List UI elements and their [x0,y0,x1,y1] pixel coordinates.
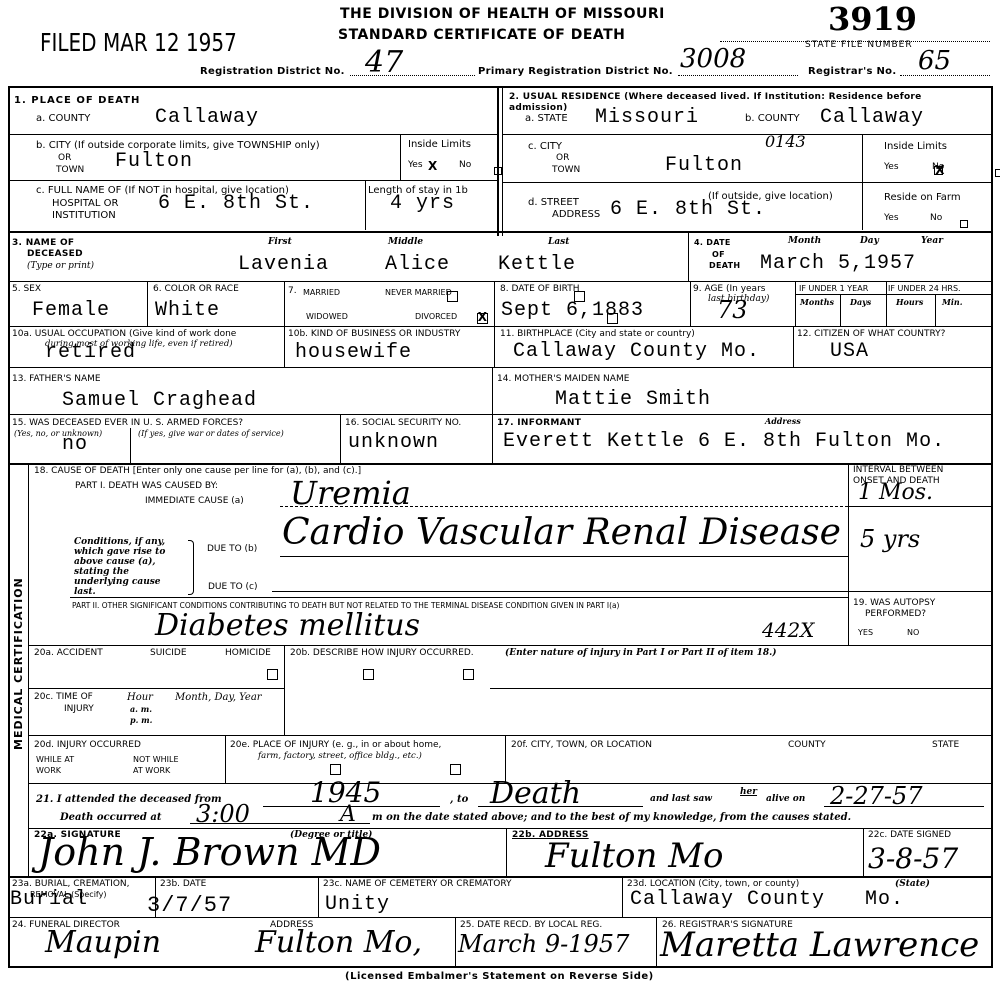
hour-label: Hour [127,692,153,703]
armed-forces-sub2: (If yes, give war or dates of service) [138,429,284,438]
injury-county-label: COUNTY [788,740,826,750]
citizen-label: 12. CITIZEN OF WHAT COUNTRY? [797,329,945,339]
res-inside-limits-label: Inside Limits [884,141,947,152]
autopsy-label-2: PERFORMED? [865,609,926,619]
interval-a-value[interactable]: 1 Mos. [858,480,933,505]
res-city-value[interactable]: Fulton [665,154,743,177]
middle-name-label: Middle [388,237,423,247]
pod-inside-yes-label: Yes [408,160,423,170]
armed-forces-label: 15. WAS DECEASED EVER IN U. S. ARMED FOR… [12,418,243,428]
state-file-number-label: STATE FILE NUMBER [805,40,913,50]
not-while-at-work-label: NOT WHILE [133,755,179,764]
registration-district-value: 47 [365,45,403,80]
injury-city-label: 20f. CITY, TOWN, OR LOCATION [511,740,652,750]
interval-b-value[interactable]: 5 yrs [860,525,920,553]
sex-label: 5. SEX [12,284,41,294]
father-value[interactable]: Samuel Craghead [62,389,257,412]
res-city-code: 0143 [765,132,806,151]
date-recd-value[interactable]: March 9-1957 [458,930,629,958]
while-at-work-label: WHILE AT [36,755,74,764]
pod-hospital-value[interactable]: 6 E. 8th St. [158,192,314,215]
pod-hospital-label-3: INSTITUTION [52,210,116,221]
attended-to-value[interactable]: Death [490,776,581,811]
res-inside-no-label: No [932,162,944,172]
mother-label: 14. MOTHER'S MAIDEN NAME [497,374,629,384]
sex-value[interactable]: Female [32,299,110,322]
res-state-value[interactable]: Missouri [595,106,699,129]
funeral-director-value[interactable]: Maupin [45,925,161,960]
last-name-value[interactable]: Kettle [498,253,576,276]
accident-checkbox[interactable] [267,669,278,680]
not-while-at-work-checkbox[interactable] [450,764,461,775]
deceased-name-label: 3. NAME OF [12,238,74,248]
injury-describe-label: 20b. DESCRIBE HOW INJURY OCCURRED. [290,648,474,658]
cemetery-label: 23c. NAME OF CEMETERY OR CREMATORY [323,879,512,889]
res-state-label: a. STATE [525,113,568,124]
date-signed-value[interactable]: 3-8-57 [868,842,958,875]
state-file-number: 3919 [828,0,917,38]
suicide-label: SUICIDE [150,648,187,658]
homicide-label: HOMICIDE [225,648,271,658]
months-label: Months [800,297,834,307]
certificate-title: STANDARD CERTIFICATE OF DEATH [338,27,625,43]
married-label: MARRIED [303,288,340,297]
registrar-no-label: Registrar's No. [808,66,896,77]
citizen-value[interactable]: USA [830,340,869,363]
certificate-authority: THE DIVISION OF HEALTH OF MISSOURI [340,6,665,22]
date-of-death-label: 4. DATE [694,238,731,247]
burial-date-label: 23b. DATE [160,879,206,889]
death-ampm-value[interactable]: A [340,802,356,827]
race-value[interactable]: White [155,299,220,322]
injury-occurred-label: 20d. INJURY OCCURRED [34,740,141,750]
place-injury-label-2: farm, factory, street, office bldg., etc… [258,751,422,761]
time-injury-label-2: INJURY [64,704,94,714]
pm-label: p. m. [130,715,152,725]
filed-stamp: FILED MAR 12 1957 [40,28,237,57]
armed-forces-value[interactable]: no [62,433,88,456]
pod-county-value[interactable]: Callaway [155,106,259,129]
funeral-address-value[interactable]: Fulton Mo, [255,925,422,960]
widowed-label: WIDOWED [306,312,348,321]
burial-date-value[interactable]: 3/7/57 [147,893,232,918]
under-24-hrs-label: IF UNDER 24 HRS. [888,284,961,293]
autopsy-no-label: NO [907,628,919,637]
widowed-checkbox[interactable] [477,313,488,324]
not-while-at-work-label-2: AT WORK [133,766,170,775]
deceased-name-label-2: DECEASED [27,249,83,259]
dod-day-label: Day [860,236,879,246]
mdy-label: Month, Day, Year [175,692,262,703]
place-of-death-label: 1. PLACE OF DEATH [14,95,140,106]
injury-describe-hint: (Enter nature of injury in Part I or Par… [505,648,777,658]
divorced-label: DIVORCED [415,312,457,321]
conditions-note: Conditions, if any, which gave rise to a… [74,537,184,597]
age-label: 9. AGE (In years [693,284,765,294]
res-city-or: OR [556,153,569,163]
medical-certification-label: MEDICAL CERTIFICATION [12,577,25,750]
first-name-value[interactable]: Lavenia [238,253,329,276]
min-label: Min. [942,297,963,307]
length-of-stay-value[interactable]: 4 yrs [390,192,455,215]
never-married-label: NEVER MARRIED [385,288,452,297]
business-label: 10b. KIND OF BUSINESS OR INDUSTRY [288,329,460,339]
under-1-year-label: IF UNDER 1 YEAR [799,284,868,293]
farm-yes-checkbox[interactable] [960,220,968,228]
date-of-death-value[interactable]: March 5,1957 [760,252,916,275]
pod-county-label: a. COUNTY [36,113,90,124]
ssn-label: 16. SOCIAL SECURITY NO. [345,418,461,428]
last-name-label: Last [548,237,569,247]
pod-city-or: OR [58,153,71,163]
birthplace-label: 11. BIRTHPLACE (City and state or countr… [500,329,695,339]
date-of-death-label-2: OF [712,250,725,259]
date-of-death-label-3: DEATH [709,261,740,270]
hours-label: Hours [896,297,923,307]
dob-value[interactable]: Sept 6,1883 [501,299,644,322]
deceased-name-label-3: (Type or print) [27,261,94,271]
location-state-value[interactable]: Mo. [865,888,904,911]
dod-year-label: Year [921,236,943,246]
attended-label: 21. I attended the deceased from [36,794,222,805]
autopsy-yes-label: YES [858,628,873,637]
accident-label: 20a. ACCIDENT [34,648,103,658]
location-value[interactable]: Callaway County [630,888,825,911]
farm-label: Reside on Farm [884,192,961,203]
immediate-cause-label: IMMEDIATE CAUSE (a) [145,496,244,506]
middle-name-value[interactable]: Alice [385,253,450,276]
burial-value[interactable]: Burial [10,888,88,911]
res-inside-yes-label: Yes [884,162,899,172]
informant-label: 17. INFORMANT [497,418,581,428]
pod-city-town: TOWN [56,165,84,175]
autopsy-label: 19. WAS AUTOPSY [853,598,935,608]
last-saw-pronoun[interactable]: her [740,787,757,797]
race-label: 6. COLOR OR RACE [153,284,239,294]
occupation-label: 10a. USUAL OCCUPATION (Give kind of work… [12,329,236,339]
informant-address-label: Address [765,416,801,426]
ssn-value[interactable]: unknown [348,431,439,454]
date-signed-label: 22c. DATE SIGNED [868,830,951,840]
mother-value[interactable]: Mattie Smith [555,388,711,411]
registrar-signature[interactable]: Maretta Lawrence [660,925,979,965]
death-statement: m on the date stated above; and to the b… [372,812,851,823]
homicide-checkbox[interactable] [463,669,474,680]
part2-value[interactable]: Diabetes mellitus [155,608,420,643]
dod-month-label: Month [788,236,821,246]
registration-district-label: Registration District No. [200,66,345,77]
res-inside-no-checkbox[interactable] [995,169,1000,177]
primary-registration-district-label: Primary Registration District No. [478,66,673,77]
pod-inside-limits-label: Inside Limits [408,139,471,150]
attended-to-label: , to [450,794,468,805]
physician-address-value[interactable]: Fulton Mo [545,836,723,876]
res-city-label: c. CITY [528,141,562,152]
first-name-label: First [268,237,292,247]
res-street-value[interactable]: 6 E. 8th St. [610,198,766,221]
registrar-no-value: 65 [918,46,951,76]
armed-forces-sub1: (Yes, no, or unknown) [14,429,102,438]
res-county-label: b. COUNTY [745,113,800,124]
due-to-b-value[interactable]: Cardio Vascular Renal Disease [282,512,841,553]
days-label: Days [850,297,871,307]
while-at-work-checkbox[interactable] [330,764,341,775]
place-injury-label: 20e. PLACE OF INJURY (e. g., in or about… [230,740,441,750]
death-occurred-label: Death occurred at [60,812,161,823]
res-city-town: TOWN [552,165,580,175]
while-at-work-label-2: WORK [36,766,61,775]
primary-registration-district-value: 3008 [680,44,746,74]
alive-on-label: alive on [766,794,805,804]
am-label: a. m. [130,704,152,714]
father-label: 13. FATHER'S NAME [12,374,101,384]
interval-label: INTERVAL BETWEEN [853,465,943,475]
injury-state-label: STATE [932,740,959,750]
res-street-label-2: ADDRESS [552,209,600,220]
pod-hospital-label-2: HOSPITAL OR [52,198,118,209]
date-recd-label: 25. DATE RECD. BY LOCAL REG. [460,920,602,930]
pod-city-value[interactable]: Fulton [115,150,193,173]
farm-no-label: No [930,213,942,223]
dob-label: 8. DATE OF BIRTH [500,284,580,294]
business-value[interactable]: housewife [295,341,412,364]
farm-yes-label: Yes [884,213,899,223]
due-to-c-label: DUE TO (c) [208,582,257,592]
occupation-value[interactable]: retired [45,341,136,364]
age-value[interactable]: 73 [717,296,748,324]
part1-label: PART I. DEATH WAS CAUSED BY: [75,481,218,491]
last-saw-label: and last saw [650,794,712,804]
suicide-checkbox[interactable] [363,669,374,680]
birthplace-value[interactable]: Callaway County Mo. [513,340,760,363]
embalmer-statement-note: (Licensed Embalmer's Statement on Revers… [345,971,654,982]
physician-signature[interactable]: John J. Brown MD [38,830,381,874]
pod-inside-no-checkbox[interactable] [494,167,502,175]
res-county-value[interactable]: Callaway [820,106,924,129]
pod-inside-yes-checkbox[interactable] [428,163,439,174]
last-saw-date-value[interactable]: 2-27-57 [830,782,923,810]
due-to-b-label: DUE TO (b) [207,544,257,554]
death-time-value[interactable]: 3:00 [196,800,250,828]
part2-code: 442X [762,618,814,642]
time-injury-label: 20c. TIME OF [34,692,93,702]
marital-label-num: 7. [288,286,297,296]
pod-inside-no-label: No [459,160,471,170]
cemetery-value[interactable]: Unity [325,893,390,916]
res-street-label: d. STREET [528,197,579,208]
informant-value[interactable]: Everett Kettle 6 E. 8th Fulton Mo. [503,430,945,453]
immediate-cause-value[interactable]: Uremia [290,474,411,512]
